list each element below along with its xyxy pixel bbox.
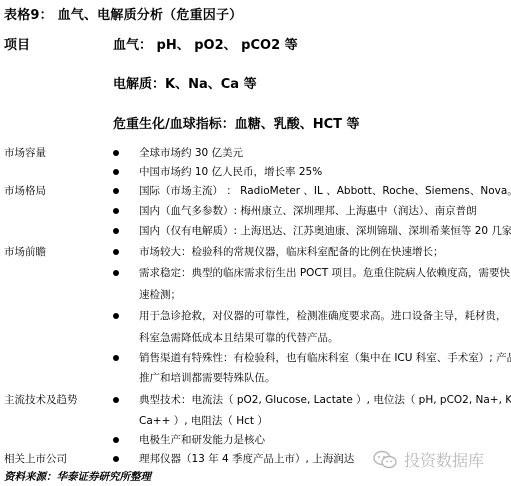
bullet-text: 电极生产和研发能力是核心 bbox=[139, 432, 265, 447]
row-label-tech-trends: 主流技术及趋势 bbox=[4, 392, 78, 407]
wechat-icon bbox=[372, 450, 398, 470]
header-critical-indicators: 危重生化/血球指标：血糖、乳酸、HCT 等 bbox=[113, 113, 360, 132]
bullet-icon bbox=[113, 208, 119, 214]
bullet-icon bbox=[113, 169, 119, 175]
source-note: 资料来源：华泰证券研究所整理 bbox=[4, 469, 151, 484]
row-label-market-landscape: 市场格局 bbox=[4, 183, 46, 198]
watermark: 投资数据库 bbox=[372, 448, 484, 471]
bullet-text: 典型技术：电流法（ pO2, Glucose, Lactate ）, 电位法（ … bbox=[139, 392, 511, 407]
bullet-text-continuation: 推广和培训都需要特殊队伍。 bbox=[139, 370, 276, 385]
bullet-icon bbox=[113, 228, 119, 234]
bullet-icon bbox=[113, 249, 119, 255]
header-blood-gas: 血气： pH、 pO2、 pCO2 等 bbox=[113, 34, 298, 53]
bullet-text-continuation: 科室急需降低成本且结果可靠的代替产品。 bbox=[139, 330, 339, 345]
bullet-icon bbox=[113, 397, 119, 403]
bullet-text: 中国市场约 10 亿人民币，增长率 25% bbox=[139, 164, 322, 179]
bullet-icon bbox=[113, 188, 119, 194]
bullet-icon bbox=[113, 456, 119, 462]
bullet-text: 用于急诊抢救，对仪器的可靠性，检测准确度要求高。进口设备主导，耗材贵， bbox=[139, 308, 507, 323]
row-label-market-outlook: 市场前瞻 bbox=[4, 244, 46, 259]
bullet-text: 国内（仅有电解质）: 上海迅达、江苏奥迪康、深圳锦瑞、深圳希莱恒等 20 几家 bbox=[139, 223, 511, 238]
row-label-listed-companies: 相关上市公司 bbox=[4, 451, 67, 466]
watermark-text: 投资数据库 bbox=[404, 448, 484, 471]
row-label-market-size: 市场容量 bbox=[4, 145, 46, 160]
bullet-text: 全球市场约 30 亿美元 bbox=[139, 145, 243, 160]
bullet-icon bbox=[113, 437, 119, 443]
bullet-icon bbox=[113, 270, 119, 276]
bullet-text: 国内（血气多参数）: 梅州康立、深圳理邦、上海惠中（润达）、南京普朗 bbox=[139, 203, 477, 218]
table-title: 表格9： 血气、电解质分析（危重因子） bbox=[4, 4, 242, 23]
bullet-icon bbox=[113, 313, 119, 319]
bullet-text: 销售渠道有特殊性：有检验科，也有临床科室（集中在 ICU 科室、手术室）; 产品 bbox=[139, 350, 511, 365]
bullet-icon bbox=[113, 355, 119, 361]
bullet-text-continuation: 速检测； bbox=[139, 287, 181, 302]
bullet-text: 需求稳定：典型的临床需求衍生出 POCT 项目。危重住院病人依赖度高，需要快 bbox=[139, 265, 510, 280]
bullet-text: 国际（市场主流） ： RadioMeter 、IL 、Abbott、Roche、… bbox=[139, 183, 511, 198]
bullet-text-continuation: Ca++ ）, 电阻法（ Hct ） bbox=[139, 413, 268, 428]
bullet-text: 市场较大：检验科的常规仪器，临床科室配备的比例在快速增长； bbox=[139, 244, 444, 259]
bullet-icon bbox=[113, 150, 119, 156]
header-electrolyte: 电解质：K、Na、Ca 等 bbox=[113, 73, 257, 92]
bullet-text: 理邦仪器（13 年 4 季度产品上市）, 上海润达 bbox=[139, 451, 354, 466]
item-label: 项目 bbox=[4, 34, 30, 53]
